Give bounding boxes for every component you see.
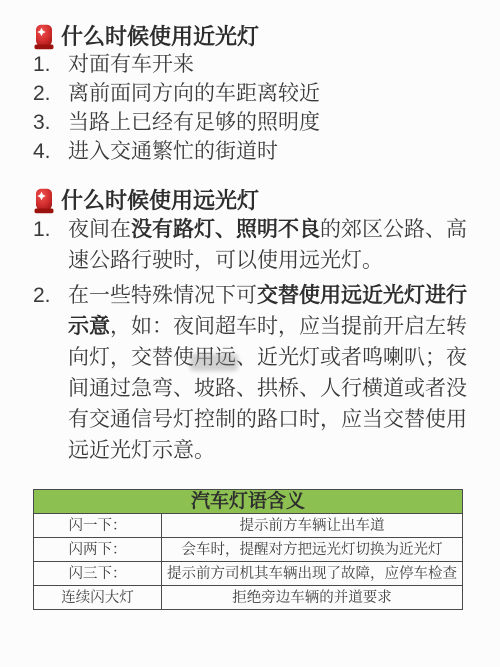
section-title-text: 什么时候使用远光灯 <box>61 188 259 214</box>
item-text: 离前面同方向的车距离较近 <box>68 79 472 108</box>
signal-cell: 闪一下： <box>34 514 162 538</box>
list-item: 4. 进入交通繁忙的街道时 <box>33 137 472 166</box>
table-row: 闪三下： 提示前方司机其车辆出现了故障，应停车检查 <box>34 562 463 586</box>
item-text: 夜间在没有路灯、照明不良的郊区公路、高速公路行驶时，可以使用远光灯。 <box>68 214 472 276</box>
item-number: 4. <box>33 137 68 166</box>
meaning-cell: 提示前方车辆让出车道 <box>162 514 463 538</box>
list-item: 3. 当路上已经有足够的照明度 <box>33 108 472 137</box>
item-number: 1. <box>33 50 68 79</box>
item-number: 1. <box>33 214 68 276</box>
item-number: 2. <box>33 280 68 466</box>
item-text: 当路上已经有足够的照明度 <box>68 108 472 137</box>
low-beam-list: 1. 对面有车开来 2. 离前面同方向的车距离较近 3. 当路上已经有足够的照明… <box>33 50 472 166</box>
police-light-icon <box>33 24 55 50</box>
signal-cell: 闪三下： <box>34 562 162 586</box>
meaning-cell: 会车时，提醒对方把远光灯切换为近光灯 <box>162 538 463 562</box>
meaning-cell: 提示前方司机其车辆出现了故障，应停车检查 <box>162 562 463 586</box>
list-item: 2. 离前面同方向的车距离较近 <box>33 79 472 108</box>
table-row: 闪一下： 提示前方车辆让出车道 <box>34 514 463 538</box>
table-title: 汽车灯语含义 <box>34 490 463 514</box>
list-item: 2. 在一些特殊情况下可交替使用远近光灯进行示意，如：夜间超车时，应当提前开启左… <box>33 280 472 466</box>
section-title-low-beam: 什么时候使用近光灯 <box>33 24 472 50</box>
table-row: 连续闪大灯 拒绝旁边车辆的并道要求 <box>34 586 463 610</box>
item-text: 在一些特殊情况下可交替使用远近光灯进行示意，如：夜间超车时，应当提前开启左转向灯… <box>68 280 472 466</box>
signal-cell: 闪两下： <box>34 538 162 562</box>
table-header-row: 汽车灯语含义 <box>34 490 463 514</box>
list-item: 1. 夜间在没有路灯、照明不良的郊区公路、高速公路行驶时，可以使用远光灯。 <box>33 214 472 276</box>
item-text-segment: 夜间在 <box>68 218 131 241</box>
item-text: 进入交通繁忙的街道时 <box>68 137 472 166</box>
item-number: 2. <box>33 79 68 108</box>
section-title-high-beam: 什么时候使用远光灯 <box>33 188 472 214</box>
table-row: 闪两下： 会车时，提醒对方把远光灯切换为近光灯 <box>34 538 463 562</box>
item-text-segment: ，如：夜间超车时，应当提前开启左转向灯，交替使用远、近光灯或者鸣喇叭；夜间通过急… <box>68 315 467 462</box>
section-title-text: 什么时候使用近光灯 <box>61 24 259 50</box>
item-text: 对面有车开来 <box>68 50 472 79</box>
item-number: 3. <box>33 108 68 137</box>
page: 什么时候使用近光灯 1. 对面有车开来 2. 离前面同方向的车距离较近 3. 当… <box>0 0 500 667</box>
light-signal-table: 汽车灯语含义 闪一下： 提示前方车辆让出车道 闪两下： 会车时，提醒对方把远光灯… <box>33 489 463 610</box>
list-item: 1. 对面有车开来 <box>33 50 472 79</box>
item-text-bold: 没有路灯、照明不良 <box>131 218 320 241</box>
high-beam-list: 1. 夜间在没有路灯、照明不良的郊区公路、高速公路行驶时，可以使用远光灯。 2.… <box>33 214 472 466</box>
police-light-icon <box>33 188 55 214</box>
signal-cell: 连续闪大灯 <box>34 586 162 610</box>
item-text-segment: 在一些特殊情况下可 <box>68 284 257 307</box>
meaning-cell: 拒绝旁边车辆的并道要求 <box>162 586 463 610</box>
